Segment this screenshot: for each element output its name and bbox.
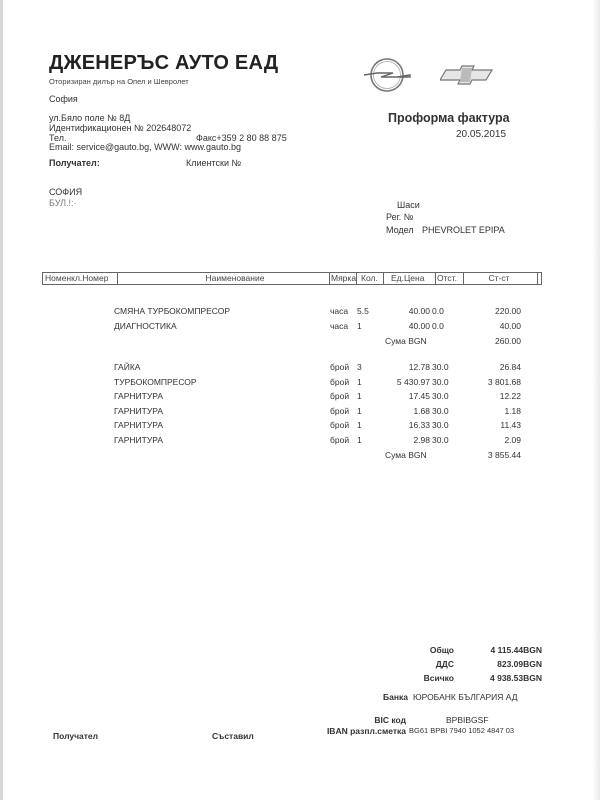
company-address: ул.Бяло поле № 8Д	[49, 113, 130, 123]
col-qty: Кол.	[361, 273, 378, 284]
item-name: СМЯНА ТУРБОКОМПРЕСОР	[114, 306, 230, 316]
item-total: 2.09	[460, 435, 521, 445]
item-total: 40.00	[460, 321, 521, 331]
item-name: ТУРБОКОМПРЕСОР	[114, 377, 197, 387]
col-divider	[435, 273, 436, 284]
item-name: ГАРНИТУРА	[114, 435, 163, 445]
item-qty: 1	[357, 435, 362, 445]
col-discount: Отст.	[437, 273, 457, 284]
company-city: София	[49, 94, 78, 104]
table-header: Номенкл.Номер Наименование Мярка Кол. Ед…	[42, 272, 542, 285]
labor-sum-label: Сума BGN	[385, 336, 427, 346]
grand-total-label: Всичко	[384, 673, 454, 683]
item-unit: брой	[330, 406, 349, 416]
subtotal-label: Общо	[384, 645, 454, 655]
document-date: 20.05.2015	[456, 129, 506, 140]
item-total: 3 801.68	[460, 377, 521, 387]
item-discount: 30.0	[432, 420, 449, 430]
col-total: Ст-ст	[463, 273, 535, 284]
item-total: 26.84	[460, 362, 521, 372]
part-row: ГАЙКАброй312.7830.026.84	[0, 362, 600, 375]
grand-total-value: 4 938.53BGN	[462, 673, 542, 683]
item-name: ГАРНИТУРА	[114, 406, 163, 416]
item-unit-price: 2.98	[365, 435, 430, 445]
item-qty: 1	[357, 377, 362, 387]
item-discount: 30.0	[432, 406, 449, 416]
item-total: 1.18	[460, 406, 521, 416]
part-row: ТУРБОКОМПРЕСОРброй15 430.9730.03 801.68	[0, 377, 600, 390]
opel-logo-icon	[362, 56, 412, 99]
iban-label: IBAN разпл.сметка	[316, 726, 406, 736]
item-qty: 1	[357, 420, 362, 430]
recipient-street: БУЛ.!:·	[49, 198, 77, 208]
bic-label: BIC код	[330, 715, 406, 725]
item-unit: брой	[330, 420, 349, 430]
item-unit: брой	[330, 362, 349, 372]
item-unit: брой	[330, 435, 349, 445]
item-unit-price: 40.00	[365, 321, 430, 331]
item-qty: 1	[357, 391, 362, 401]
item-unit: часа	[330, 306, 348, 316]
iban-value: BG61 BPBI 7940 1052 4847 03	[409, 726, 514, 735]
bank-label: Банка	[372, 692, 408, 702]
col-unit: Мярка	[331, 273, 356, 284]
item-name: ГАРНИТУРА	[114, 391, 163, 401]
item-qty: 3	[357, 362, 362, 372]
col-divider	[329, 273, 330, 284]
col-divider	[537, 273, 538, 284]
company-name: ДЖЕНЕРЪС АУТО ЕАД	[49, 52, 278, 75]
item-name: ГАЙКА	[114, 362, 140, 372]
company-subtitle: Оторизиран дилър на Опел и Шевролет	[49, 77, 189, 86]
item-name: ГАРНИТУРА	[114, 420, 163, 430]
item-discount: 0.0	[432, 321, 444, 331]
item-unit-price: 1.68	[365, 406, 430, 416]
recipient-label: Получател:	[49, 158, 100, 168]
labor-sum-row: Сума BGN 260.00	[0, 336, 600, 349]
item-unit-price: 16.33	[365, 420, 430, 430]
vat-label: ДДС	[384, 659, 454, 669]
item-discount: 30.0	[432, 391, 449, 401]
chevrolet-logo-icon	[440, 64, 496, 91]
part-row: ГАРНИТУРАброй117.4530.012.22	[0, 391, 600, 404]
vat-value: 823.09BGN	[462, 659, 542, 669]
col-nomenclature: Номенкл.Номер	[45, 273, 108, 284]
col-name: Наименование	[119, 273, 351, 284]
labor-row: СМЯНА ТУРБОКОМПРЕСОРчаса5.540.000.0220.0…	[0, 306, 600, 319]
bic-value: BPBIBGSF	[446, 715, 489, 725]
item-discount: 30.0	[432, 435, 449, 445]
item-discount: 30.0	[432, 362, 449, 372]
col-unit-price: Ед.Цена	[391, 273, 424, 284]
parts-sum-label: Сума BGN	[385, 450, 427, 460]
part-row: ГАРНИТУРАброй12.9830.02.09	[0, 435, 600, 448]
part-row: ГАРНИТУРАброй116.3330.011.43	[0, 420, 600, 433]
bank-name: ЮРОБАНК БЪЛГАРИЯ АД	[413, 692, 518, 702]
item-total: 11.43	[460, 420, 521, 430]
footer-composed-label: Съставил	[212, 731, 254, 741]
footer-recipient-label: Получател	[53, 731, 98, 741]
parts-sum-row: Сума BGN 3 855.44	[0, 450, 600, 463]
item-qty: 1	[357, 321, 362, 331]
item-discount: 0.0	[432, 306, 444, 316]
item-unit: часа	[330, 321, 348, 331]
labor-sum-value: 260.00	[460, 336, 521, 346]
item-discount: 30.0	[432, 377, 449, 387]
item-qty: 1	[357, 406, 362, 416]
reg-number-label: Рег. №	[386, 212, 413, 222]
labor-row: ДИАГНОСТИКАчаса140.000.040.00	[0, 321, 600, 334]
item-unit: брой	[330, 377, 349, 387]
item-unit-price: 12.78	[365, 362, 430, 372]
recipient-city: СОФИЯ	[49, 187, 82, 197]
company-id-number: Идентификационен № 202648072	[49, 123, 191, 133]
model-value: PHEVROLET EPIPA	[422, 225, 505, 235]
col-divider	[117, 273, 118, 284]
item-name: ДИАГНОСТИКА	[114, 321, 177, 331]
item-total: 220.00	[460, 306, 521, 316]
client-number-label: Клиентски №	[186, 158, 241, 168]
item-unit: брой	[330, 391, 349, 401]
item-unit-price: 40.00	[365, 306, 430, 316]
model-label: Модел	[386, 225, 414, 235]
part-row: ГАРНИТУРАброй11.6830.01.18	[0, 406, 600, 419]
document-title: Проформа фактура	[388, 111, 510, 125]
item-total: 12.22	[460, 391, 521, 401]
company-email-web: Email: service@gauto.bg, WWW: www.gauto.…	[49, 142, 241, 152]
chassis-label: Шаси	[397, 200, 420, 210]
parts-sum-value: 3 855.44	[460, 450, 521, 460]
subtotal-value: 4 115.44BGN	[462, 645, 542, 655]
item-unit-price: 5 430.97	[365, 377, 430, 387]
col-divider	[356, 273, 357, 284]
item-unit-price: 17.45	[365, 391, 430, 401]
col-divider	[383, 273, 384, 284]
